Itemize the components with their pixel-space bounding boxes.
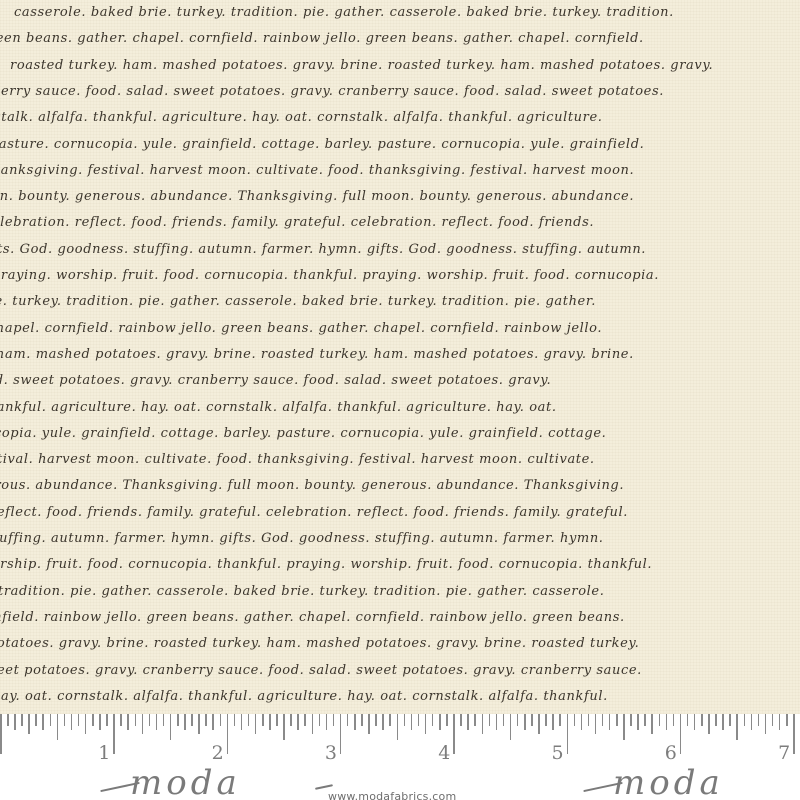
ruler-tick [559,714,561,726]
ruler-tick [673,714,675,726]
ruler-tick [248,714,250,726]
ruler-tick [35,714,37,726]
ruler-tick [333,714,335,726]
ruler-tick [255,714,257,734]
ruler-tick [382,714,384,730]
ruler-tick [404,714,406,726]
ruler-tick [609,714,611,730]
ruler-tick [581,714,583,730]
ruler-tick [659,714,661,726]
ruler-tick [198,714,200,734]
script-text-row: chapel. cornfield. rainbow jello. green … [0,318,602,339]
ruler-tick [78,714,80,726]
ruler-tick [142,714,144,734]
ruler-tick [701,714,703,726]
ruler-tick [666,714,668,730]
ruler-tick [708,714,710,734]
ruler-tick [722,714,724,730]
ruler-tick [765,714,767,734]
ruler-tick [588,714,590,726]
website-url: www.modafabrics.com [328,790,456,800]
ruler-tick [241,714,243,730]
ruler-tick [482,714,484,734]
ruler-tick [0,714,2,754]
script-text-row: stalk. alfalfa. thankful. agriculture. h… [0,107,603,128]
ruler-tick [205,714,207,726]
ruler-tick [397,714,399,740]
ruler-tick [347,714,349,726]
ruler-tick [744,714,746,726]
ruler-tick [786,714,788,726]
ruler-tick [234,714,236,726]
script-text-row: cornfield. rainbow jello. green beans. g… [0,607,625,628]
script-text-row: hay. oat. cornstalk. alfalfa. thankful. … [0,686,608,707]
ruler-tick [567,714,569,754]
ruler-tick [758,714,760,726]
ruler-tick [319,714,321,726]
script-text-row: reflect. food. friends. family. grateful… [0,502,628,523]
ruler-tick [163,714,165,726]
ruler-tick [432,714,434,726]
ruler-tick [184,714,186,730]
ruler-tick [85,714,87,734]
ruler-tick [283,714,285,740]
ruler-tick [772,714,774,726]
ruler-tick [177,714,179,726]
script-text-row: casserole. baked brie. turkey. tradition… [14,2,674,23]
ruler-tick [92,714,94,726]
ruler-tick [524,714,526,730]
ruler-tick [135,714,137,726]
ruler-tick [170,714,172,740]
ruler-tick [574,714,576,726]
ruler-tick [340,714,342,754]
logo-swoosh-icon [315,784,333,790]
ruler-tick [729,714,731,726]
ruler-tick [297,714,299,730]
ruler-tick [42,714,44,730]
ruler-tick [290,714,292,726]
script-text-row: stuffing. autumn. farmer. hymn. gifts. G… [0,528,604,549]
ruler-tick [411,714,413,730]
moda-logo: moda [130,768,241,798]
ruler-tick [538,714,540,734]
ruler-tick [531,714,533,726]
ruler-tick [489,714,491,726]
ruler-tick [21,714,23,726]
ruler-tick [127,714,129,730]
ruler-tick [644,714,646,726]
ruler-tick [503,714,505,726]
ruler-tick [113,714,115,754]
ruler-tick [361,714,363,726]
ruler-tick [602,714,604,726]
ruler-tick [439,714,441,730]
ruler-tick [312,714,314,734]
script-text-row: green beans. gather. chapel. cornfield. … [0,28,644,49]
ruler-tick [510,714,512,740]
ruler-tick [99,714,101,730]
ruler-tick [262,714,264,726]
script-text-row: salad. sweet potatoes. gravy. cranberry … [0,370,551,391]
ruler-tick [736,714,738,740]
ruler-tick [694,714,696,730]
ruler-tick [552,714,554,730]
ruler-tick [517,714,519,726]
ruler-tick [120,714,122,726]
inch-label: 4 [438,742,450,764]
ruler-tick [375,714,377,726]
script-text-row: tradition. pie. gather. casserole. baked… [0,581,604,602]
ruler-tick [496,714,498,730]
ruler-tick [630,714,632,726]
inch-label: 7 [778,742,790,764]
ruler-tick [425,714,427,734]
script-text-row: roasted turkey. ham. mashed potatoes. gr… [10,55,713,76]
ruler-tick [227,714,229,754]
inch-label: 6 [665,742,677,764]
script-text-row: pasture. cornucopia. yule. grainfield. c… [0,134,644,155]
script-text-row: copia. yule. grainfield. cottage. barley… [0,423,606,444]
ruler-tick [595,714,597,734]
script-text-row: praying. worship. fruit. food. cornucopi… [0,265,659,286]
ruler-tick [7,714,9,726]
ruler-tick [368,714,370,734]
script-text-row: sweet potatoes. gravy. cranberry sauce. … [0,660,642,681]
script-text-row: brie. turkey. tradition. pie. gather. ca… [0,291,596,312]
ruler-tick [191,714,193,726]
ruler-tick [616,714,618,726]
script-text-row: moon. bounty. generous. abundance. Thank… [0,186,634,207]
ruler-tick [793,714,795,754]
ruler-tick [623,714,625,740]
ruler-tick [50,714,52,726]
ruler-tick [57,714,59,740]
ruler-tick [680,714,682,754]
script-text-row: gifts. God. goodness. stuffing. autumn. … [0,239,646,260]
script-text-row: festival. harvest moon. cultivate. food.… [0,449,595,470]
ruler-tick [304,714,306,726]
script-text-row: celebration. reflect. food. friends. fam… [0,212,594,233]
ruler-tick [453,714,455,754]
ruler-tick [418,714,420,726]
ruler-tick [71,714,73,730]
ruler-tick [460,714,462,726]
ruler-tick [467,714,469,730]
ruler-tick [637,714,639,730]
script-text-row: potatoes. gravy. brine. roasted turkey. … [0,633,639,654]
script-text-row: thanksgiving. festival. harvest moon. cu… [0,160,634,181]
measuring-ruler: moda www.modafabrics.com moda 1234567 [0,714,800,800]
inch-label: 3 [325,742,337,764]
script-text-row: cranberry sauce. food. salad. sweet pota… [0,81,664,102]
script-text-row: thankful. agriculture. hay. oat. cornsta… [0,397,557,418]
ruler-tick [64,714,66,726]
ruler-tick [545,714,547,726]
ruler-tick [779,714,781,730]
ruler-tick [276,714,278,726]
inch-label: 5 [552,742,564,764]
inch-label: 1 [98,742,110,764]
ruler-tick [28,714,30,734]
ruler-tick [326,714,328,730]
script-text-row: ham. mashed potatoes. gravy. brine. roas… [0,344,634,365]
ruler-tick [220,714,222,726]
ruler-tick [149,714,151,726]
fabric-swatch: casserole. baked brie. turkey. tradition… [0,0,800,714]
ruler-tick [106,714,108,726]
ruler-tick [687,714,689,726]
ruler-tick [354,714,356,730]
ruler-tick [269,714,271,730]
ruler-tick [715,714,717,726]
moda-logo-repeat: moda [613,768,724,798]
ruler-tick [474,714,476,726]
ruler-tick [389,714,391,726]
script-text-row: worship. fruit. food. cornucopia. thankf… [0,554,652,575]
ruler-tick [751,714,753,730]
ruler-tick [651,714,653,734]
ruler-tick [14,714,16,730]
ruler-tick [446,714,448,726]
ruler-tick [156,714,158,730]
ruler-tick [212,714,214,730]
inch-label: 2 [212,742,224,764]
script-text-row: generous. abundance. Thanksgiving. full … [0,475,624,496]
